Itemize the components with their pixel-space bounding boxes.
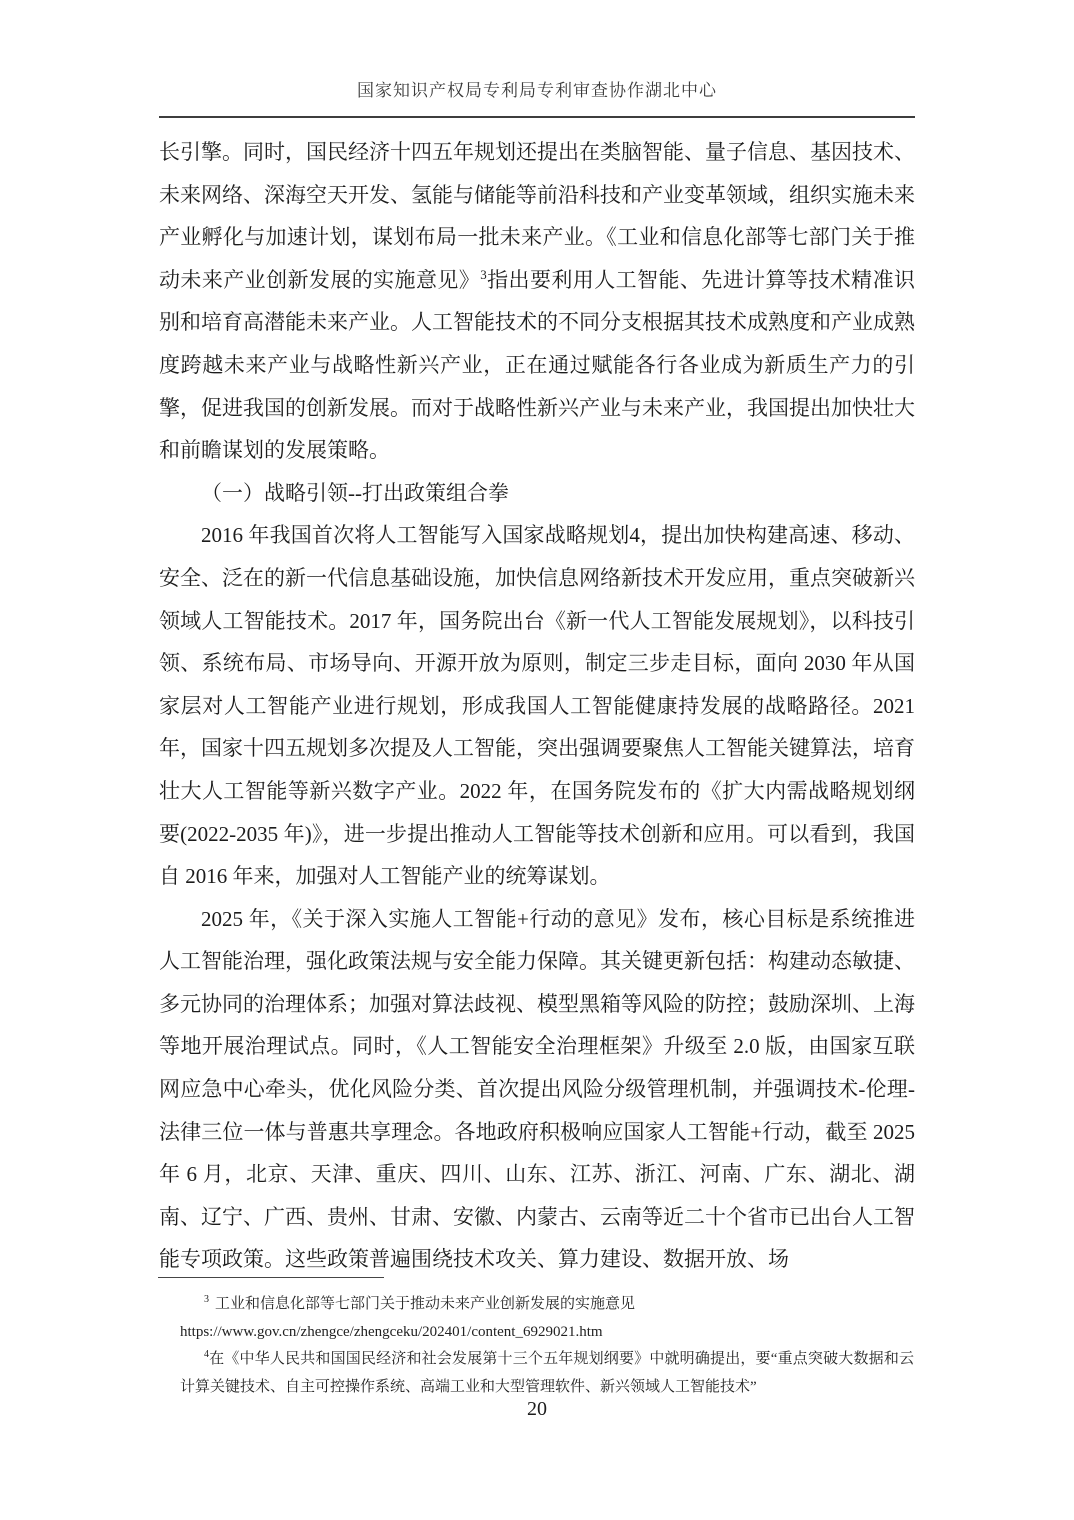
document-page: 国家知识产权局专利局专利审查协作湖北中心 长引擎。同时，国民经济十四五年规划还提… xyxy=(0,0,1074,1520)
section-heading: （一）战略引领--打出政策组合拳 xyxy=(159,472,915,515)
footnote-separator xyxy=(158,1277,384,1278)
paragraph-continuation: 长引擎。同时，国民经济十四五年规划还提出在类脑智能、量子信息、基因技术、未来网络… xyxy=(159,131,915,472)
footnote-3-text: 工业和信息化部等七部门关于推动未来产业创新发展的实施意见 xyxy=(215,1296,635,1312)
document-body: 长引擎。同时，国民经济十四五年规划还提出在类脑智能、量子信息、基因技术、未来网络… xyxy=(159,131,915,1281)
paragraph-2: 2016 年我国首次将人工智能写入国家战略规划4，提出加快构建高速、移动、安全、… xyxy=(159,514,915,897)
footnote-3-url: https://www.gov.cn/zhengce/zhengceku/202… xyxy=(180,1319,914,1347)
footnote-4-text: 在《中华人民共和国国民经济和社会发展第十三个五年规划纲要》中就明确提出，要“重点… xyxy=(180,1351,914,1395)
footnote-3: 3工业和信息化部等七部门关于推动未来产业创新发展的实施意见 xyxy=(180,1291,914,1319)
footnote-4: 4在《中华人民共和国国民经济和社会发展第十三个五年规划纲要》中就明确提出，要“重… xyxy=(180,1346,914,1401)
paragraph-3: 2025 年，《关于深入实施人工智能+行动的意见》发布，核心目标是系统推进人工智… xyxy=(159,898,915,1281)
paragraph-1-text-post: 指出要利用人工智能、先进计算等技术精准识别和培育高潜能未来产业。人工智能技术的不… xyxy=(159,268,915,462)
footnote-3-marker: 3 xyxy=(204,1294,209,1305)
page-header-title: 国家知识产权局专利局专利审查协作湖北中心 xyxy=(0,76,1074,101)
page-number: 20 xyxy=(0,1398,1074,1421)
footnotes-block: 3工业和信息化部等七部门关于推动未来产业创新发展的实施意见 https://ww… xyxy=(180,1291,914,1401)
header-rule xyxy=(159,116,915,118)
